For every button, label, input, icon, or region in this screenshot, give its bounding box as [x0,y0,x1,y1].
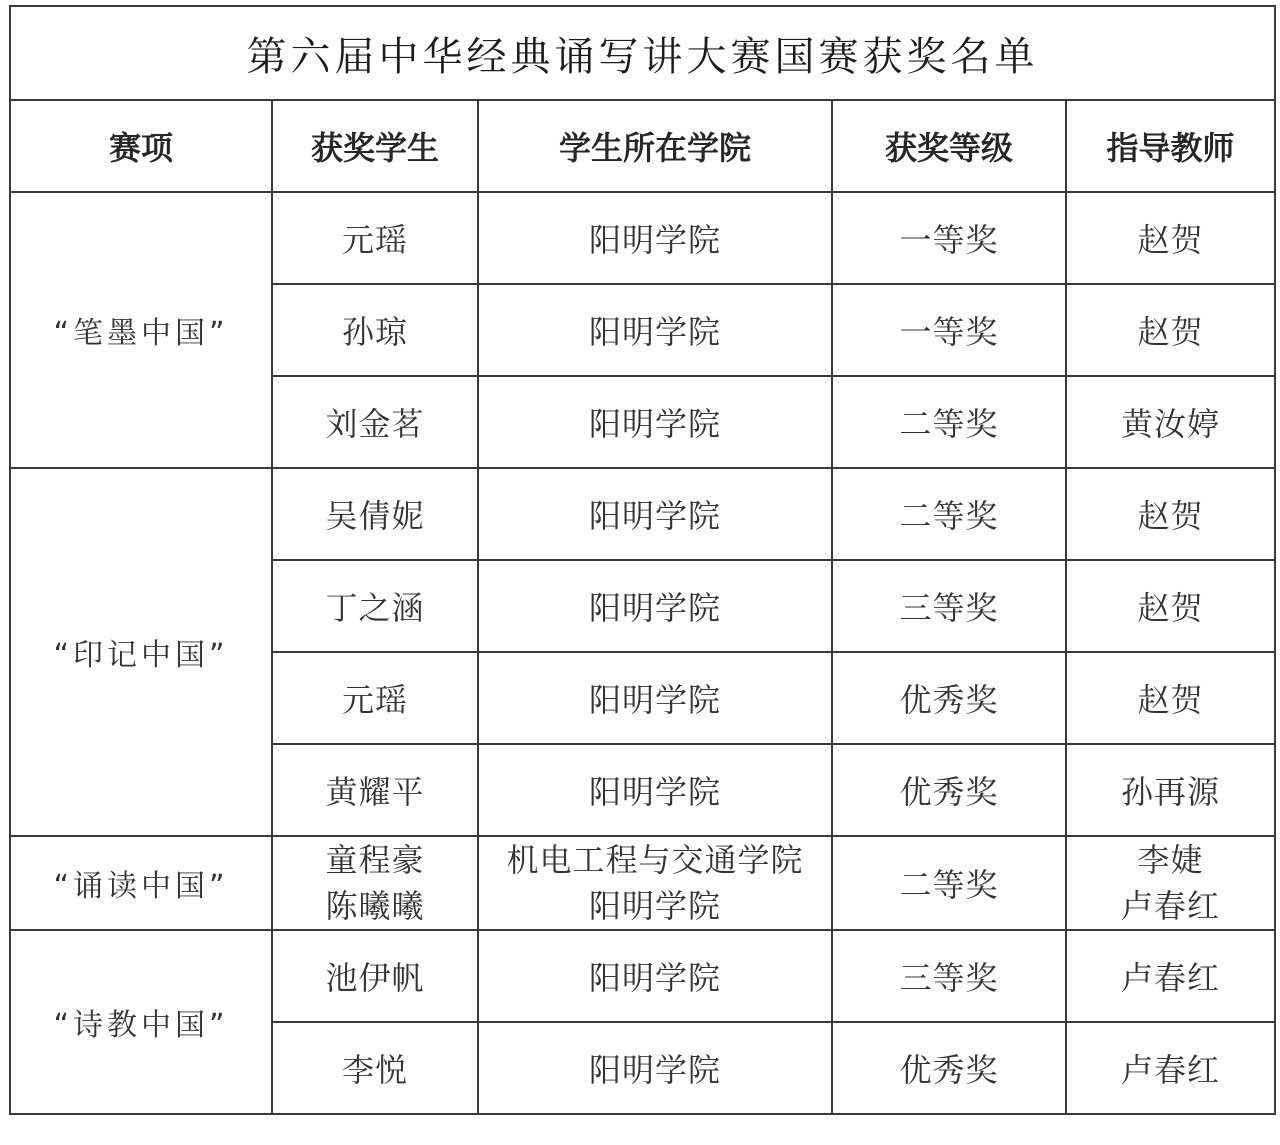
teacher-cell: 孙再源 [1066,744,1275,836]
teacher-cell: 赵贺 [1066,192,1275,284]
event-cell: “笔墨中国” [10,192,272,468]
award-level-cell: 优秀奖 [832,744,1066,836]
college-name: 阳明学院 [479,883,831,929]
award-level-cell: 优秀奖 [832,1022,1066,1114]
student-cell: 黄耀平 [272,744,478,836]
teacher-cell: 赵贺 [1066,560,1275,652]
table-row: “印记中国” 吴倩妮 阳明学院 二等奖 赵贺 [10,468,1275,560]
student-cell: 元瑶 [272,652,478,744]
award-level-cell: 二等奖 [832,376,1066,468]
award-table: 第六届中华经典诵写讲大赛国赛获奖名单 赛项 获奖学生 学生所在学院 获奖等级 指… [9,5,1276,1115]
teacher-cell: 李婕 卢春红 [1066,836,1275,930]
event-cell: “诗教中国” [10,930,272,1114]
award-level-cell: 二等奖 [832,836,1066,930]
award-level-cell: 一等奖 [832,284,1066,376]
student-cell: 李悦 [272,1022,478,1114]
student-cell: 孙琼 [272,284,478,376]
award-level-cell: 三等奖 [832,930,1066,1022]
college-cell: 阳明学院 [478,284,832,376]
student-cell: 童程豪 陈曦曦 [272,836,478,930]
college-cell: 阳明学院 [478,376,832,468]
award-level-cell: 三等奖 [832,560,1066,652]
teacher-cell: 卢春红 [1066,930,1275,1022]
student-cell: 刘金茗 [272,376,478,468]
college-cell: 阳明学院 [478,744,832,836]
teacher-cell: 赵贺 [1066,468,1275,560]
table-row: “笔墨中国” 元瑶 阳明学院 一等奖 赵贺 [10,192,1275,284]
document-title: 第六届中华经典诵写讲大赛国赛获奖名单 [10,6,1275,100]
award-level-cell: 一等奖 [832,192,1066,284]
college-cell: 阳明学院 [478,930,832,1022]
college-cell: 阳明学院 [478,560,832,652]
column-header-college: 学生所在学院 [478,100,832,192]
event-cell: “印记中国” [10,468,272,836]
teacher-cell: 卢春红 [1066,1022,1275,1114]
title-row: 第六届中华经典诵写讲大赛国赛获奖名单 [10,6,1275,100]
student-name: 童程豪 [273,837,477,883]
college-cell: 阳明学院 [478,192,832,284]
table-row: “诗教中国” 池伊帆 阳明学院 三等奖 卢春红 [10,930,1275,1022]
student-cell: 吴倩妮 [272,468,478,560]
college-cell: 阳明学院 [478,1022,832,1114]
student-name: 陈曦曦 [273,883,477,929]
teacher-name: 卢春红 [1067,883,1274,929]
award-list-document: 第六届中华经典诵写讲大赛国赛获奖名单 赛项 获奖学生 学生所在学院 获奖等级 指… [9,5,1274,1115]
award-level-cell: 优秀奖 [832,652,1066,744]
college-cell: 机电工程与交通学院 阳明学院 [478,836,832,930]
teacher-name: 李婕 [1067,837,1274,883]
award-level-cell: 二等奖 [832,468,1066,560]
event-cell: “诵读中国” [10,836,272,930]
student-cell: 池伊帆 [272,930,478,1022]
college-cell: 阳明学院 [478,652,832,744]
header-row: 赛项 获奖学生 学生所在学院 获奖等级 指导教师 [10,100,1275,192]
column-header-student: 获奖学生 [272,100,478,192]
college-name: 机电工程与交通学院 [479,837,831,883]
table-row: “诵读中国” 童程豪 陈曦曦 机电工程与交通学院 阳明学院 二等奖 李婕 卢春红 [10,836,1275,930]
teacher-cell: 赵贺 [1066,652,1275,744]
student-cell: 元瑶 [272,192,478,284]
column-header-teacher: 指导教师 [1066,100,1275,192]
teacher-cell: 赵贺 [1066,284,1275,376]
teacher-cell: 黄汝婷 [1066,376,1275,468]
column-header-event: 赛项 [10,100,272,192]
column-header-level: 获奖等级 [832,100,1066,192]
college-cell: 阳明学院 [478,468,832,560]
student-cell: 丁之涵 [272,560,478,652]
